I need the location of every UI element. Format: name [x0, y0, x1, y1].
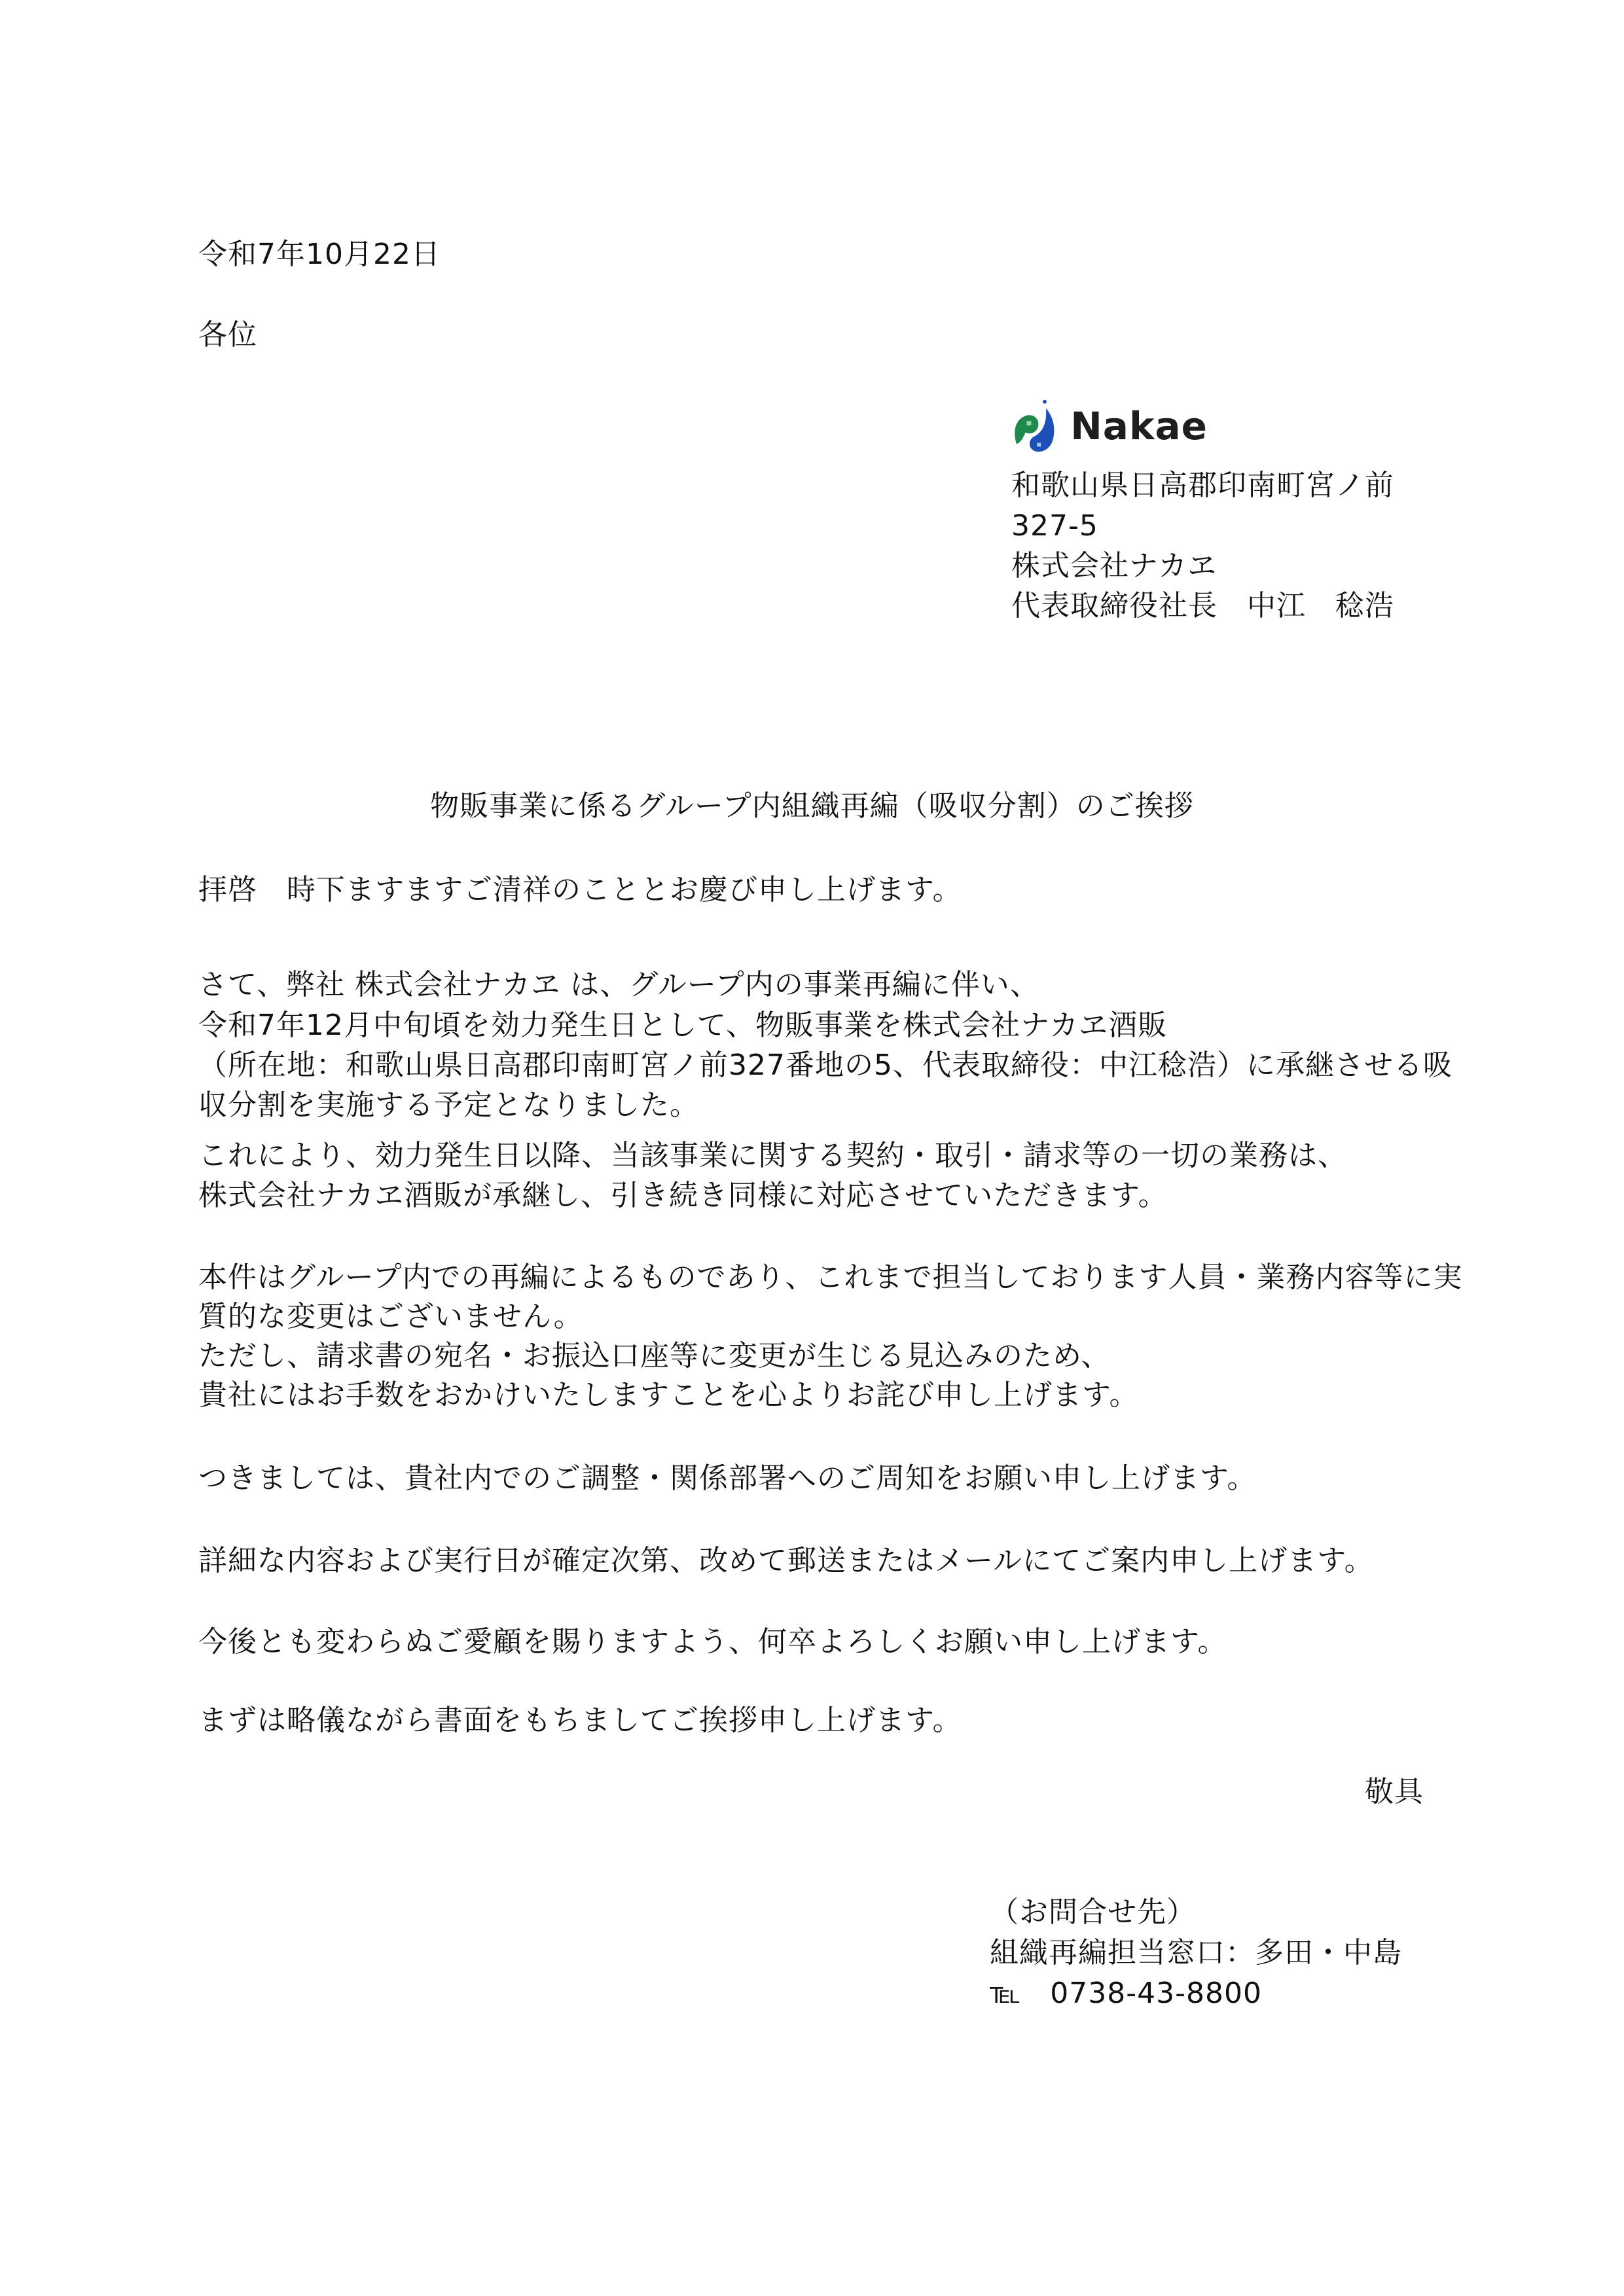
body-paragraph-1-line-2: 令和7年12月中旬頃を効力発生日として、物販事業を株式会社ナカヱ酒販 — [198, 1006, 1167, 1045]
greeting-paragraph: 拝啓 時下ますますご清祥のこととお慶び申し上げます。 — [198, 870, 962, 910]
contact-tel-row: ℡0738-43-8800 — [990, 1974, 1262, 2013]
body-paragraph-3-line-1: 本件はグループ内での再編によるものであり、これまで担当しております人員・業務内容… — [198, 1258, 1462, 1297]
logo-text: Nakae — [1070, 404, 1208, 448]
body-paragraph-2-line-1: これにより、効力発生日以降、当該事業に関する契約・取引・請求等の一切の業務は、 — [198, 1136, 1347, 1175]
body-paragraph-7: まずは略儀ながら書面をもちましてご挨拶申し上げます。 — [198, 1701, 962, 1740]
body-paragraph-6: 今後とも変わらぬご愛顧を賜りますよう、何卒よろしくお願い申し上げます。 — [198, 1623, 1227, 1662]
sender-address-line-1: 和歌山県日高郡印南町宮ノ前 — [1011, 466, 1394, 505]
nakae-logo-icon — [1011, 397, 1066, 455]
sender-company-name: 株式会社ナカヱ — [1011, 547, 1217, 586]
letter-page: 令和7年10月22日 各位 Nakae 和歌山県日高郡印南町宮ノ前 327-5 … — [0, 0, 1624, 2296]
addressee: 各位 — [198, 315, 257, 355]
body-paragraph-3-line-2: 質的な変更はございません。 — [198, 1297, 583, 1336]
contact-desk: 組織再編担当窓口：多田・中島 — [990, 1933, 1402, 1973]
body-paragraph-3-line-3: ただし、請求書の宛名・お振込口座等に変更が生じる見込みのため、 — [198, 1336, 1110, 1376]
tel-icon: ℡ — [990, 1977, 1021, 2010]
body-paragraph-1-line-1: さて、弊社 株式会社ナカヱ は、グループ内の事業再編に伴い、 — [198, 965, 1039, 1005]
body-paragraph-1-line-3: （所在地：和歌山県日高郡印南町宮ノ前327番地の5、代表取締役：中江稔浩）に承継… — [198, 1046, 1453, 1085]
letter-title: 物販事業に係るグループ内組織再編（吸収分割）のご挨拶 — [0, 787, 1624, 826]
body-paragraph-4: つきましては、貴社内でのご調整・関係部署へのご周知をお願い申し上げます。 — [198, 1459, 1256, 1498]
letter-date: 令和7年10月22日 — [198, 235, 441, 274]
closing-keigu: 敬具 — [1365, 1772, 1424, 1812]
body-paragraph-2-line-2: 株式会社ナカヱ酒販が承継し、引き続き同様に対応させていただきます。 — [198, 1176, 1168, 1215]
contact-tel-number: 0738-43-8800 — [1050, 1977, 1262, 2010]
sender-address-line-2: 327-5 — [1011, 507, 1098, 546]
company-logo: Nakae — [1011, 397, 1208, 456]
body-paragraph-3-line-4: 貴社にはお手数をおかけいたしますことを心よりお詫び申し上げます。 — [198, 1376, 1138, 1415]
body-paragraph-1-line-4: 収分割を実施する予定となりました。 — [198, 1086, 699, 1125]
sender-representative: 代表取締役社長 中江 稔浩 — [1011, 586, 1394, 626]
body-paragraph-5: 詳細な内容および実行日が確定次第、改めて郵送またはメールにてご案内申し上げます。 — [198, 1541, 1374, 1581]
contact-heading: （お問合せ先） — [990, 1893, 1196, 1932]
